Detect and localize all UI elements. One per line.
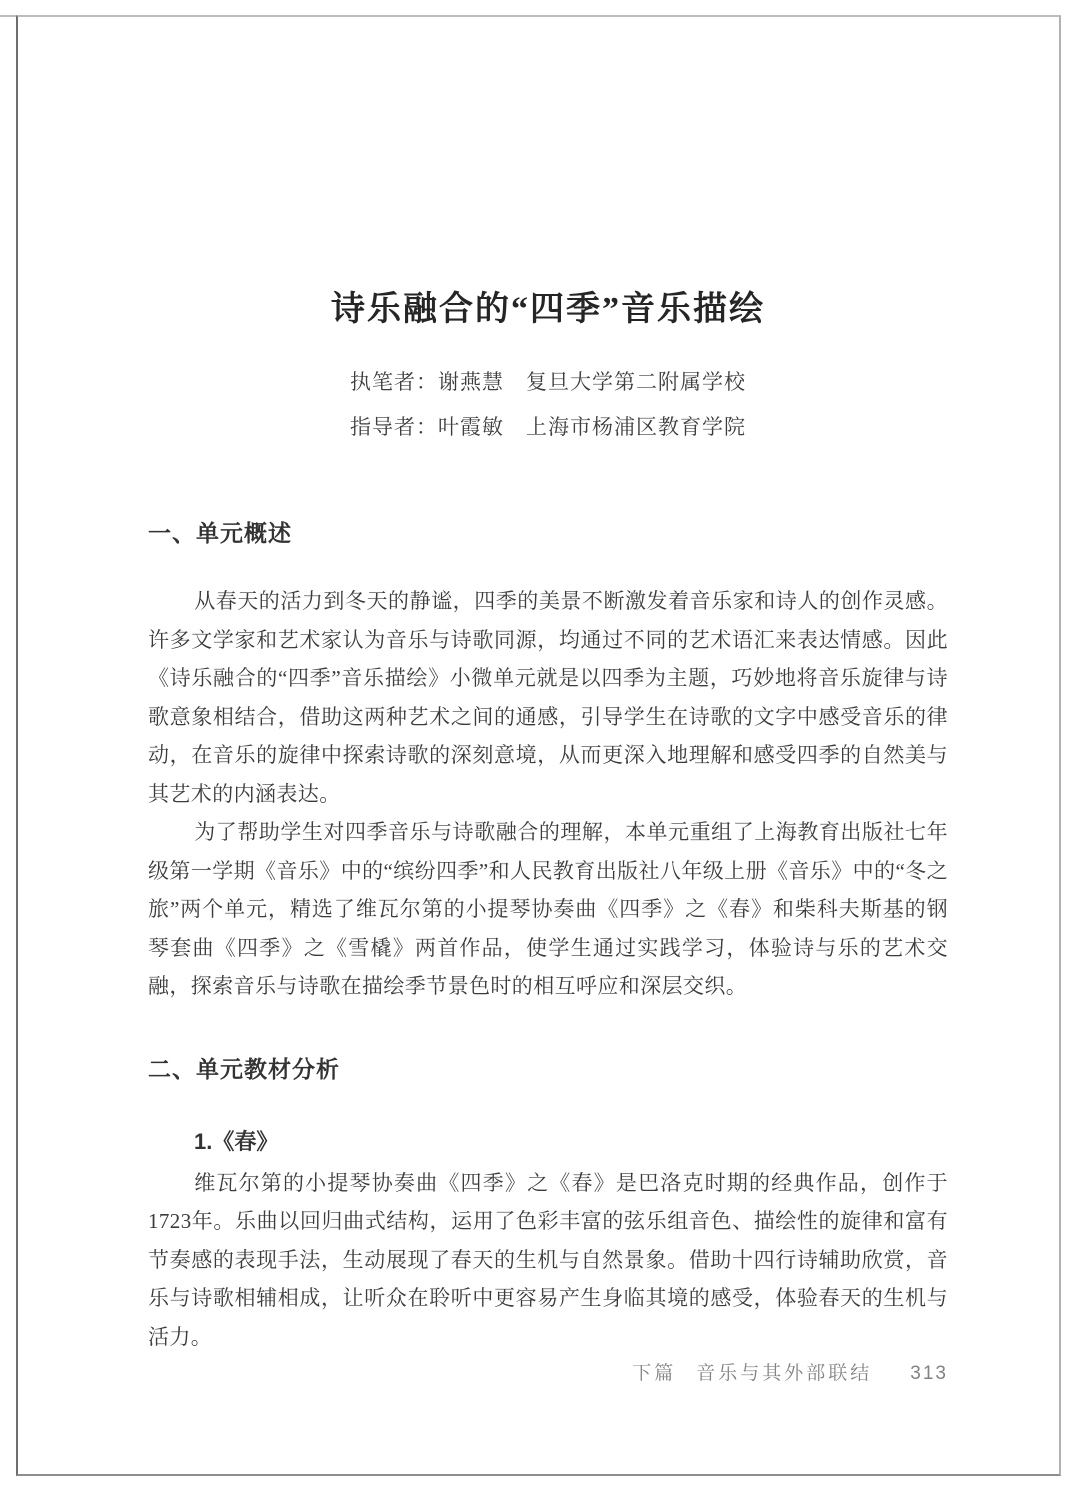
page-frame-top-extension — [0, 15, 16, 17]
document-title: 诗乐融合的“四季”音乐描绘 — [148, 288, 948, 332]
author-block: 执笔者：谢燕慧 复旦大学第二附属学校 指导者：叶霞敏 上海市杨浦区教育学院 — [148, 360, 948, 450]
document-page: 诗乐融合的“四季”音乐描绘 执笔者：谢燕慧 复旦大学第二附属学校 指导者：叶霞敏… — [0, 0, 1080, 1496]
subsection-heading-spring: 1.《春》 — [194, 1128, 948, 1156]
page-footer: 下篇 音乐与其外部联结 313 — [632, 1358, 948, 1385]
advisor-line: 指导者：叶霞敏 上海市杨浦区教育学院 — [148, 405, 948, 450]
spring-paragraph: 维瓦尔第的小提琴协奏曲《四季》之《春》是巴洛克时期的经典作品，创作于1723年。… — [148, 1164, 948, 1357]
section-heading-material-analysis: 二、单元教材分析 — [148, 1054, 948, 1084]
section-heading-unit-overview: 一、单元概述 — [148, 518, 948, 548]
footer-part-label: 下篇 — [632, 1358, 676, 1385]
footer-page-number: 313 — [910, 1363, 948, 1385]
overview-paragraph-1: 从春天的活力到冬天的静谧，四季的美景不断激发着音乐家和诗人的创作灵感。许多文学家… — [148, 582, 948, 813]
writer-line: 执笔者：谢燕慧 复旦大学第二附属学校 — [148, 360, 948, 405]
footer-part-title: 音乐与其外部联结 — [696, 1358, 872, 1385]
page-content: 诗乐融合的“四季”音乐描绘 执笔者：谢燕慧 复旦大学第二附属学校 指导者：叶霞敏… — [148, 0, 948, 1356]
overview-paragraph-2: 为了帮助学生对四季音乐与诗歌融合的理解，本单元重组了上海教育出版社七年级第一学期… — [148, 813, 948, 1006]
